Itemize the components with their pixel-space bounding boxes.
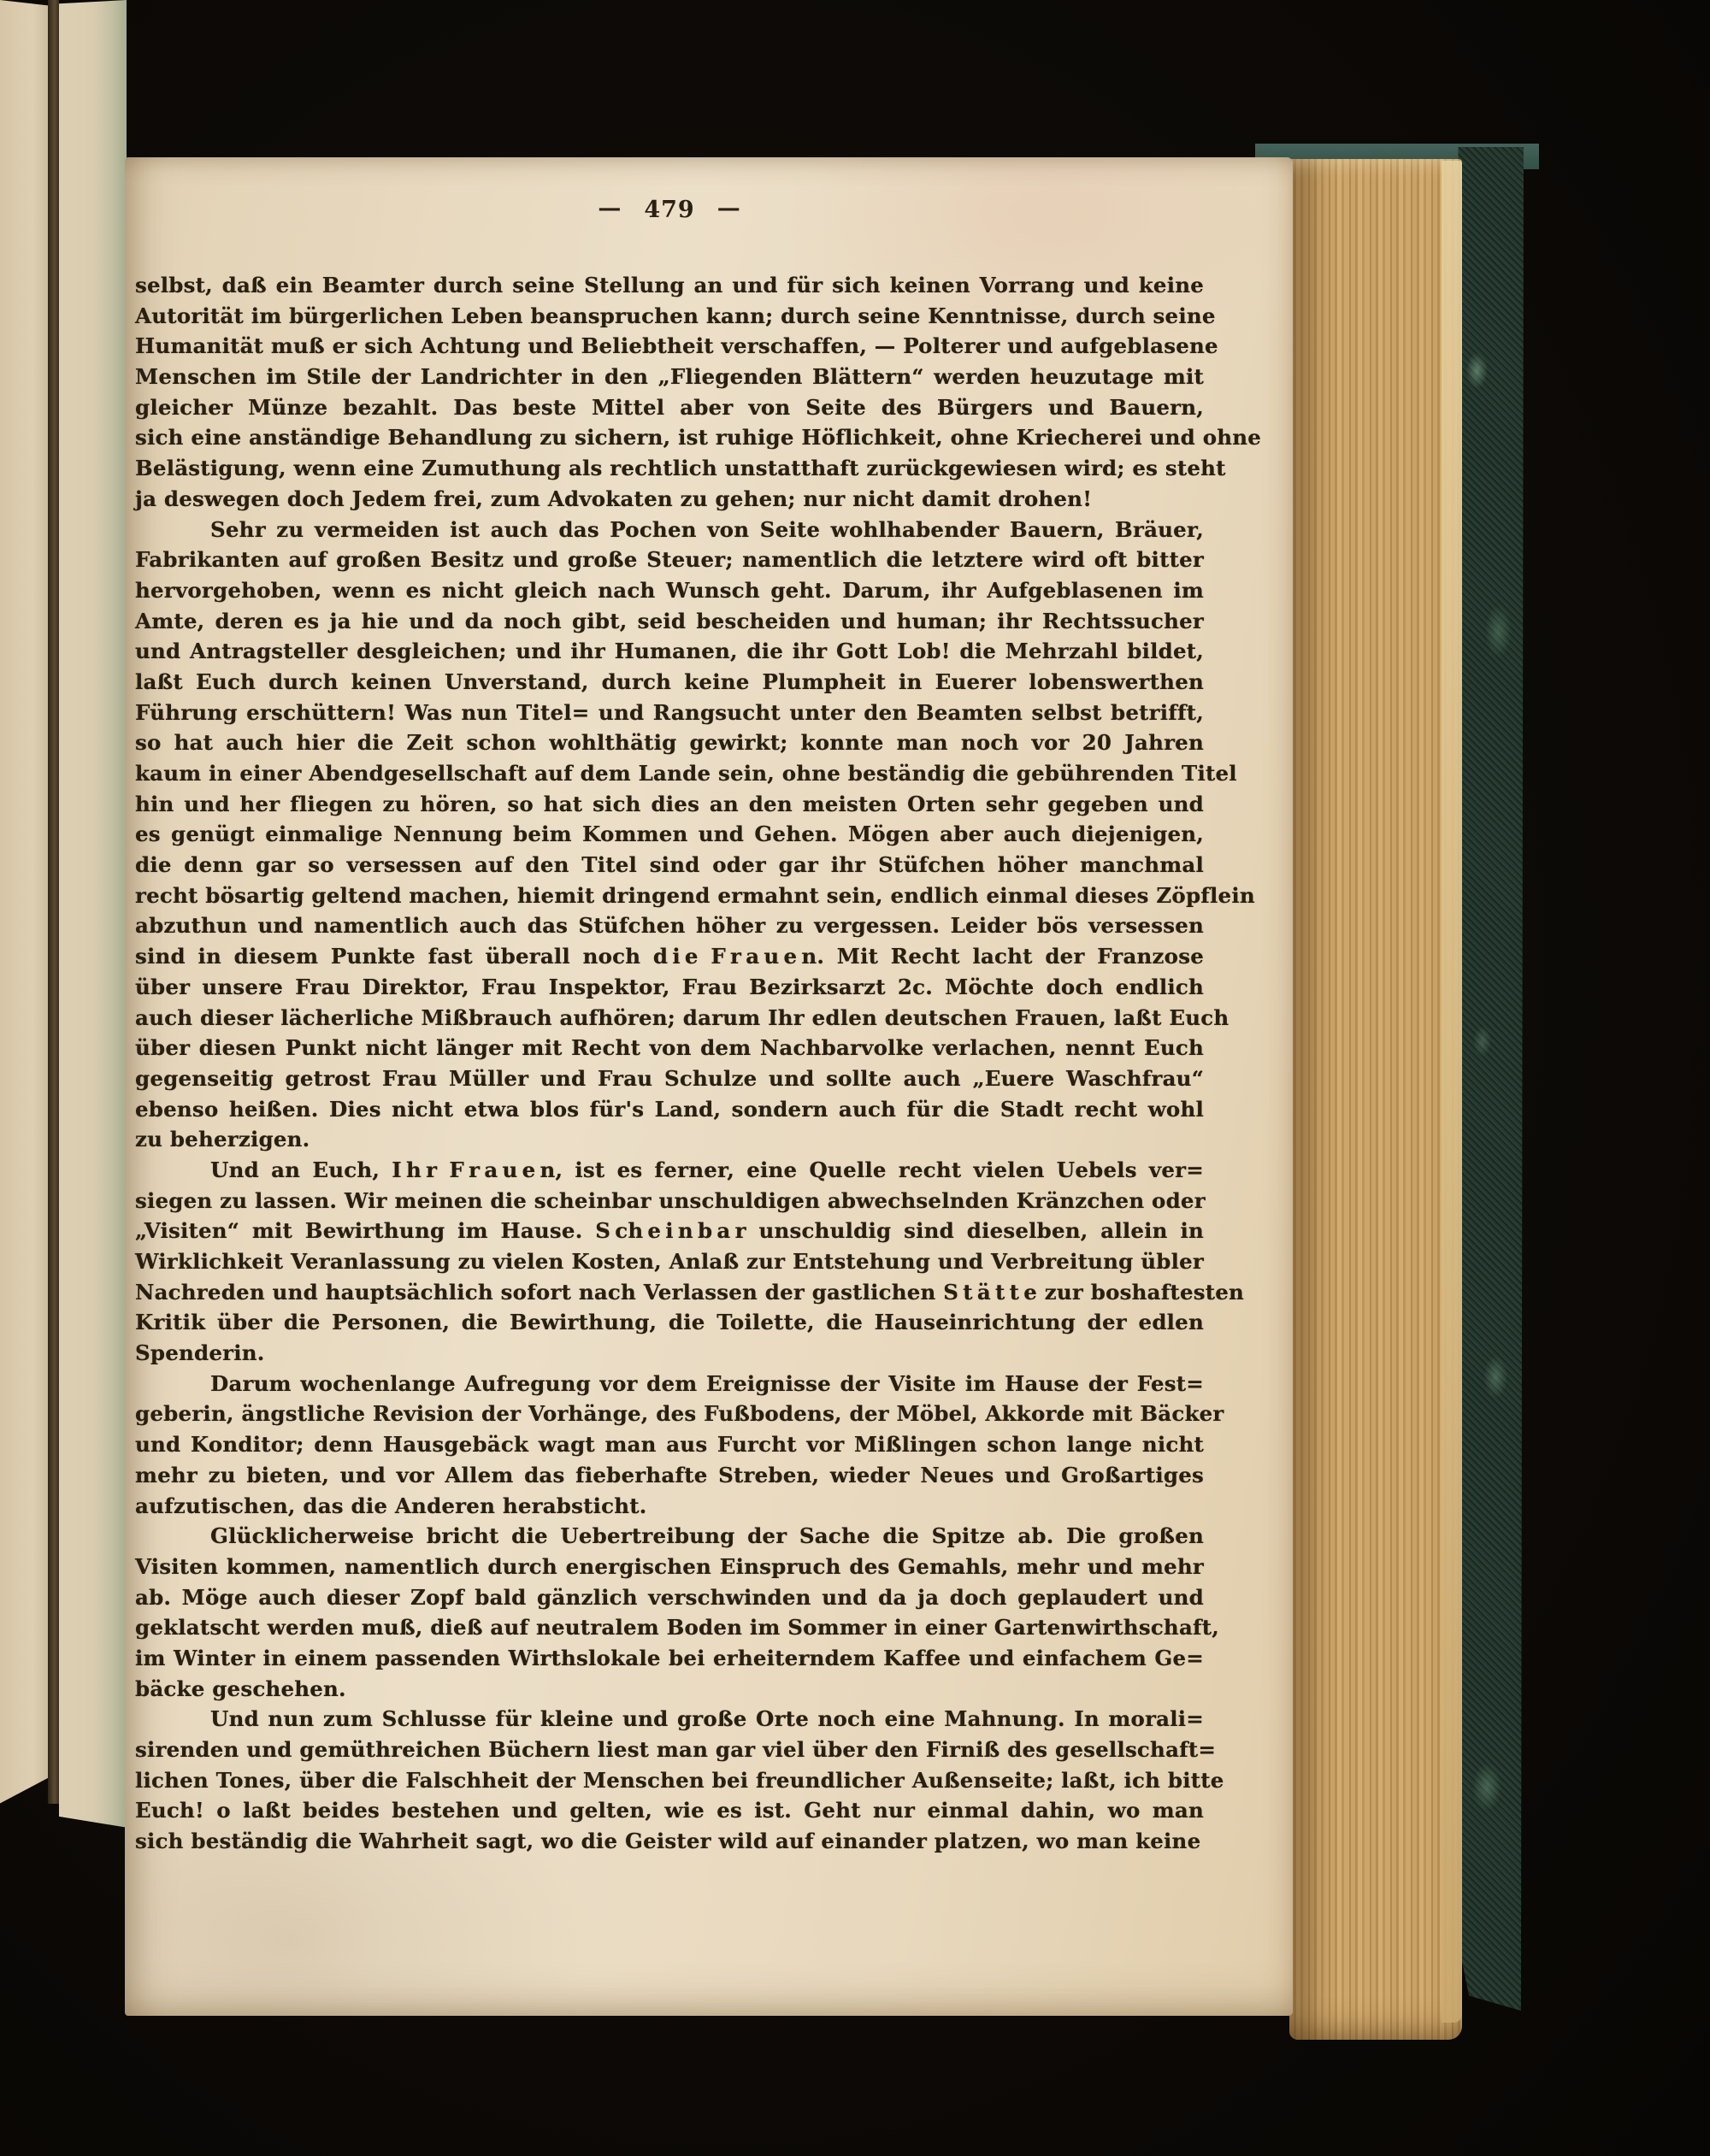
endpaper-strip: [1442, 161, 1462, 2023]
text-line: und Konditor; denn Hausgebäck wagt man a…: [135, 1429, 1204, 1460]
text-line: Fabrikanten auf großen Besitz und große …: [135, 545, 1204, 575]
text-line: geklatscht werden muß, dieß auf neutrale…: [135, 1612, 1204, 1643]
page-number-dash-left: —: [598, 195, 622, 221]
text-line: Und an Euch, I h r F r a u e n, ist es f…: [135, 1155, 1204, 1186]
text-line: Nachreden und hauptsächlich sofort nach …: [135, 1277, 1204, 1308]
text-line: „Visiten“ mit Bewirthung im Hause. S ch …: [135, 1216, 1204, 1246]
page-number: —479—: [135, 197, 1204, 223]
text-line: laßt Euch durch keinen Unverstand, durch…: [135, 667, 1204, 698]
text-line: bäcke geschehen.: [135, 1674, 1204, 1705]
text-line: auch dieser lächerliche Mißbrauch aufhör…: [135, 1003, 1204, 1034]
text-line: ab. Möge auch dieser Zopf bald gänzlich …: [135, 1582, 1204, 1613]
book-page: —479— selbst, daß ein Beamter durch sein…: [125, 157, 1293, 2016]
text-line: gleicher Münze bezahlt. Das beste Mittel…: [135, 392, 1204, 423]
scanned-book-photo: —479— selbst, daß ein Beamter durch sein…: [0, 0, 1710, 2156]
text-line: Autorität im bürgerlichen Leben beanspru…: [135, 301, 1204, 332]
under-page-edge-2: [59, 0, 127, 1831]
text-line: es genügt einmalige Nennung beim Kommen …: [135, 819, 1204, 850]
text-line: ebenso heißen. Dies nicht etwa blos für'…: [135, 1094, 1204, 1125]
text-line: so hat auch hier die Zeit schon wohlthät…: [135, 728, 1204, 758]
page-number-dash-right: —: [717, 195, 741, 221]
text-line: Spenderin.: [135, 1338, 1204, 1369]
text-line: gegenseitig getrost Frau Müller und Frau…: [135, 1063, 1204, 1094]
page-number-value: 479: [644, 197, 694, 223]
text-line: über unsere Frau Direktor, Frau Inspekto…: [135, 972, 1204, 1003]
text-line: aufzutischen, das die Anderen herabstich…: [135, 1491, 1204, 1522]
gutter-crease: [48, 0, 59, 1804]
text-line: hervorgehoben, wenn es nicht gleich nach…: [135, 575, 1204, 606]
text-line: recht bösartig geltend machen, hiemit dr…: [135, 881, 1204, 911]
text-line: sirenden und gemüthreichen Büchern liest…: [135, 1735, 1204, 1765]
text-column: selbst, daß ein Beamter durch seine Stel…: [135, 270, 1204, 1857]
page-block-fore-edge: [1289, 159, 1462, 2040]
text-line: und Antragsteller desgleichen; und ihr H…: [135, 636, 1204, 667]
text-line: Euch! o laßt beides bestehen und gelten,…: [135, 1795, 1204, 1826]
text-line: siegen zu lassen. Wir meinen die scheinb…: [135, 1186, 1204, 1216]
text-line: Sehr zu vermeiden ist auch das Pochen vo…: [135, 515, 1204, 545]
text-line: sind in diesem Punkte fast überall noch …: [135, 941, 1204, 972]
text-line: geberin, ängstliche Revision der Vorhäng…: [135, 1399, 1204, 1429]
text-line: die denn gar so versessen auf den Titel …: [135, 850, 1204, 881]
under-page-edge: [0, 0, 48, 1811]
text-line: mehr zu bieten, und vor Allem das fieber…: [135, 1460, 1204, 1491]
text-line: Glücklicherweise bricht die Uebertreibun…: [135, 1521, 1204, 1552]
text-line: Führung erschüttern! Was nun Titel= und …: [135, 698, 1204, 728]
text-line: hin und her fliegen zu hören, so hat sic…: [135, 789, 1204, 820]
text-line: Darum wochenlange Aufregung vor dem Erei…: [135, 1369, 1204, 1399]
text-line: kaum in einer Abendgesellschaft auf dem …: [135, 758, 1204, 789]
text-line: sich eine anständige Behandlung zu siche…: [135, 422, 1204, 453]
text-line: im Winter in einem passenden Wirthslokal…: [135, 1643, 1204, 1674]
text-line: zu beherzigen.: [135, 1124, 1204, 1155]
text-line: sich beständig die Wahrheit sagt, wo die…: [135, 1826, 1204, 1857]
text-line: Kritik über die Personen, die Bewirthung…: [135, 1307, 1204, 1338]
text-line: ja deswegen doch Jedem frei, zum Advokat…: [135, 484, 1204, 515]
text-line: Und nun zum Schlusse für kleine und groß…: [135, 1704, 1204, 1735]
text-line: Visiten kommen, namentlich durch energis…: [135, 1552, 1204, 1582]
text-line: lichen Tones, über die Falschheit der Me…: [135, 1765, 1204, 1796]
text-line: abzuthun und namentlich auch das Stüfche…: [135, 910, 1204, 941]
text-line: Menschen im Stile der Landrichter in den…: [135, 362, 1204, 392]
text-line: Wirklichkeit Veranlassung zu vielen Kost…: [135, 1246, 1204, 1277]
text-line: über diesen Punkt nicht länger mit Recht…: [135, 1033, 1204, 1063]
text-line: Amte, deren es ja hie und da noch gibt, …: [135, 606, 1204, 637]
text-line: selbst, daß ein Beamter durch seine Stel…: [135, 270, 1204, 301]
book-cover-right: [1457, 147, 1524, 2011]
text-line: Humanität muß er sich Achtung und Belieb…: [135, 331, 1204, 362]
text-line: Belästigung, wenn eine Zumuthung als rec…: [135, 453, 1204, 484]
